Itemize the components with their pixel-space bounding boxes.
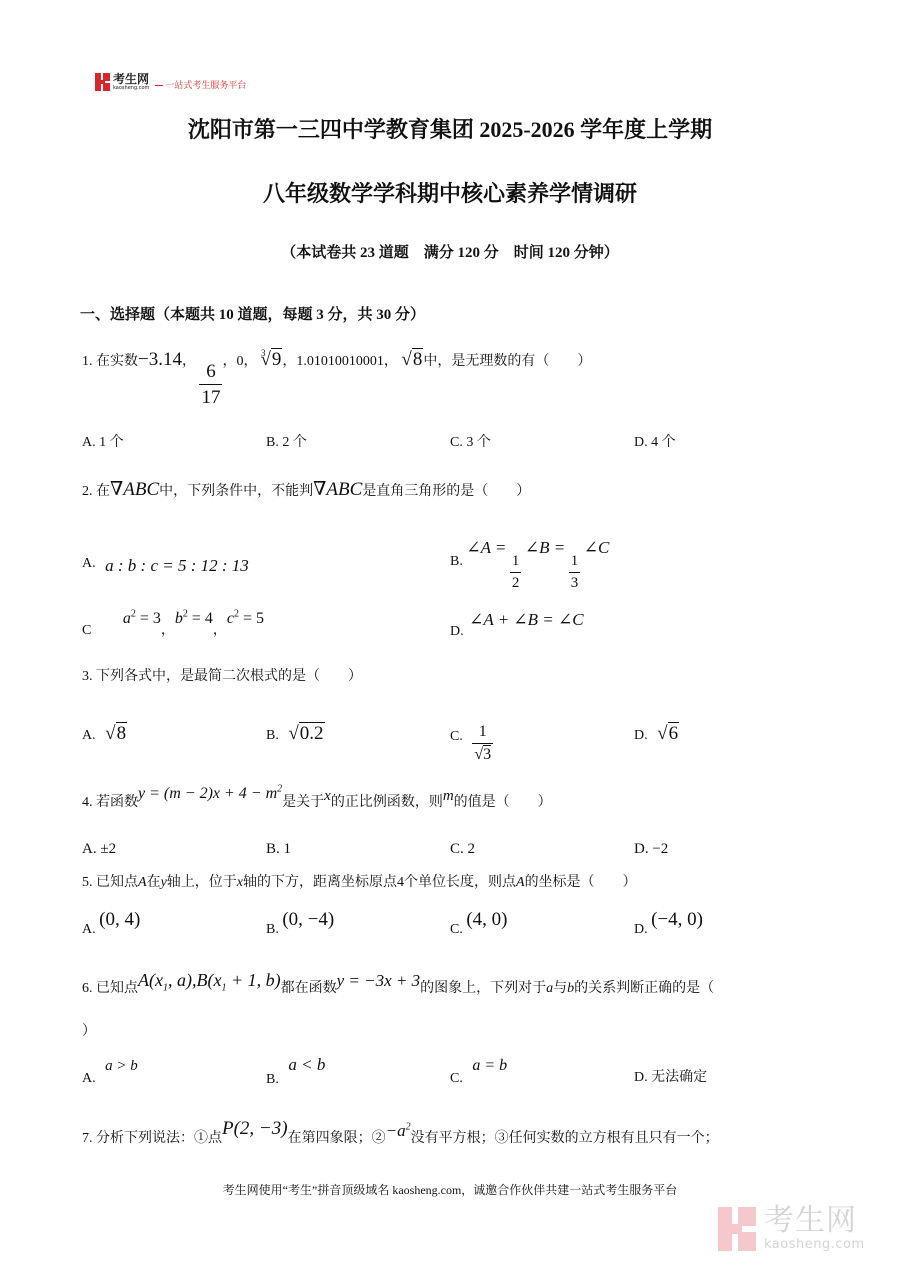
- q5-option-a[interactable]: A. (0, 4): [82, 918, 140, 940]
- q5-option-d[interactable]: D. (−4, 0): [634, 918, 703, 940]
- var-x: x: [324, 788, 331, 804]
- point-a: A: [516, 875, 525, 890]
- option-value: ∠A + ∠B = ∠C: [469, 610, 583, 629]
- question-text: 个单位长度，则点: [404, 875, 516, 890]
- option-value: ∠C: [584, 538, 610, 557]
- q1-option-d[interactable]: D. 4 个: [634, 433, 676, 453]
- option-label: A.: [82, 1071, 96, 1086]
- question-2: 2. 在∇ABC中，下列条件中，不能判∇ABC是直角三角形的是（ ）: [82, 480, 530, 502]
- question-text: 是直角三角形的是（ ）: [362, 484, 530, 499]
- value: = 3: [136, 610, 161, 627]
- q3-option-b[interactable]: B. √0.2: [266, 724, 325, 746]
- option-value: a > b: [105, 1058, 138, 1074]
- var-b: b: [175, 610, 183, 627]
- fraction: 6 17: [199, 362, 222, 407]
- kaosheng-watermark-icon: [718, 1207, 756, 1251]
- question-number: 2.: [82, 484, 93, 499]
- root-index: 3: [261, 348, 266, 358]
- question-text: 是关于: [282, 795, 324, 810]
- question-text: 在实数: [96, 354, 138, 369]
- square-root: √8: [105, 724, 127, 744]
- question-text: 在: [96, 484, 110, 499]
- question-4: 4. 若函数y = (m − 2)x + 4 − m2是关于x的正比例函数，则m…: [82, 792, 552, 813]
- numerator: 1: [569, 554, 581, 572]
- footer-text: 考生网使用“考生”拼音顶级域名 kaosheng.com，诚邀合作伙伴共建一站式…: [0, 1181, 900, 1198]
- fraction: 12: [510, 554, 522, 591]
- point-b-rest: + 1, b): [226, 970, 280, 990]
- q6-option-b[interactable]: B. a < b: [266, 1068, 325, 1090]
- q2-option-c[interactable]: C a2 = 3，b2 = 4，c2 = 5: [82, 620, 264, 641]
- exam-subject-title: 八年级数学学科期中核心素养学情调研: [0, 177, 900, 208]
- q5-option-c[interactable]: C. (4, 0): [450, 918, 508, 940]
- option-value: (0, −4): [282, 909, 334, 930]
- option-value: c2 = 5: [227, 610, 264, 627]
- value: = 5: [239, 610, 264, 627]
- option-value: 无法确定: [651, 1070, 707, 1085]
- question-text: 与: [553, 981, 567, 996]
- option-value: (0, 4): [99, 909, 140, 930]
- cube-root: 3√9: [261, 350, 282, 372]
- q3-option-a[interactable]: A. √8: [82, 724, 127, 746]
- fraction: 13: [569, 554, 581, 591]
- question-number: 3.: [82, 669, 93, 684]
- option-label: A.: [82, 922, 96, 937]
- option-label: C: [82, 623, 91, 638]
- option-value: a < b: [288, 1055, 325, 1074]
- q6-option-c[interactable]: C. a = b: [450, 1068, 507, 1089]
- q1-option-a[interactable]: A. 1 个: [82, 433, 124, 453]
- option-value: b2 = 4: [175, 610, 213, 627]
- denominator: √3: [472, 743, 493, 763]
- function-expression: y = (m − 2)x + 4 − m2: [138, 785, 282, 802]
- numerator: 1: [477, 724, 489, 743]
- question-text: 轴的下方，距离坐标原点: [243, 875, 397, 890]
- option-value: a : b : c = 5 : 12 : 13: [105, 556, 249, 575]
- question-6: 6. 已知点A(x1, a),B(x1 + 1, b)都在函数y = −3x +…: [82, 976, 714, 999]
- question-6-close-paren: ）: [82, 1022, 96, 1042]
- var-m: m: [443, 788, 454, 804]
- question-text: 下列各式中，是最简二次根式的是（ ）: [96, 669, 362, 684]
- logo-slogan: 一站式考生服务平台: [155, 78, 246, 91]
- q4-option-b[interactable]: B. 1: [266, 839, 291, 859]
- option-label: D.: [634, 1070, 648, 1085]
- radicand: 0.2: [299, 722, 325, 744]
- value: = 4: [188, 610, 213, 627]
- option-label: A.: [82, 728, 96, 743]
- triangle-symbol: ∇ABC: [110, 479, 159, 500]
- separator: ，: [213, 623, 227, 638]
- logo-name: 考生网: [113, 73, 149, 85]
- neg-a-squared: −a2: [386, 1121, 411, 1140]
- question-text: 没有平方根；③任何实数的立方根有且只有一个；: [411, 1131, 719, 1146]
- q4-option-c[interactable]: C. 2: [450, 839, 475, 859]
- radicand: 8: [116, 722, 128, 744]
- math-value: −3.14: [138, 349, 182, 370]
- q3-option-d[interactable]: D. √6: [634, 724, 679, 746]
- radicand: 8: [412, 348, 424, 370]
- option-label: D.: [450, 624, 464, 639]
- square-root: √6: [657, 724, 679, 744]
- question-text: 分析下列说法：①点: [96, 1131, 222, 1146]
- question-text: 在: [147, 875, 161, 890]
- point-a: A: [138, 875, 147, 890]
- denominator: 17: [199, 384, 222, 407]
- expression: y = (m − 2)x + 4 − m: [138, 785, 277, 802]
- q2-option-d[interactable]: D. ∠A + ∠B = ∠C: [450, 620, 584, 642]
- header-logo: 考生网 kaosheng.com 一站式考生服务平台: [95, 72, 246, 91]
- distance-value: 4: [397, 875, 404, 890]
- triangle-symbol: ∇ABC: [313, 479, 362, 500]
- question-text: ，1.01010010001，: [282, 354, 398, 369]
- q6-option-d[interactable]: D. 无法确定: [634, 1068, 707, 1088]
- q6-option-a[interactable]: A. a > b: [82, 1068, 138, 1089]
- q1-option-c[interactable]: C. 3 个: [450, 433, 491, 453]
- option-label: B.: [450, 554, 463, 569]
- question-text: 的值是（ ）: [454, 795, 552, 810]
- question-text: 若函数: [96, 795, 138, 810]
- q4-option-a[interactable]: A. ±2: [82, 839, 116, 859]
- option-label: C.: [450, 729, 463, 744]
- option-label: D.: [634, 922, 648, 937]
- section-heading: 一、选择题（本题共 10 道题，每题 3 分，共 30 分）: [80, 303, 425, 324]
- expression: −a: [386, 1121, 406, 1140]
- option-label: A.: [82, 556, 96, 571]
- kaosheng-logo-icon: [95, 73, 110, 91]
- separator: ，: [182, 354, 196, 369]
- question-5: 5. 已知点A在y轴上，位于x轴的下方，距离坐标原点4个单位长度，则点A的坐标是…: [82, 873, 637, 893]
- question-text: ，0，: [222, 354, 257, 369]
- exam-info: （本试卷共 23 道题 满分 120 分 时间 120 分钟）: [0, 241, 900, 262]
- question-text: 中，是无理数的有（ ）: [423, 354, 591, 369]
- question-text: 的图象上，下列对于: [420, 981, 546, 996]
- question-number: 1.: [82, 354, 93, 369]
- question-text: 的坐标是（ ）: [525, 875, 637, 890]
- option-value: ∠A =: [466, 538, 506, 557]
- q4-option-d[interactable]: D. −2: [634, 839, 668, 859]
- point-expression: A(x1, a),B(x1 + 1, b): [138, 970, 281, 990]
- watermark-name: 考生网: [764, 1206, 865, 1236]
- point-p: P(2, −3): [222, 1118, 288, 1139]
- question-number: 7.: [82, 1131, 93, 1146]
- var-c: c: [227, 610, 234, 627]
- square-root: √8: [401, 350, 423, 370]
- question-number: 5.: [82, 875, 93, 890]
- radicand: 9: [271, 348, 283, 370]
- square-root: √0.2: [288, 724, 324, 744]
- numerator: 1: [510, 554, 522, 572]
- numerator: 6: [204, 362, 218, 384]
- question-text: 都在函数: [281, 981, 337, 996]
- point-a-rest: , a),: [168, 970, 197, 990]
- question-text: 在第四象限；②: [288, 1131, 386, 1146]
- question-3: 3. 下列各式中，是最简二次根式的是（ ）: [82, 667, 362, 687]
- option-value: (−4, 0): [651, 909, 703, 930]
- question-7: 7. 分析下列说法：①点P(2, −3)在第四象限；②−a2没有平方根；③任何实…: [82, 1127, 719, 1149]
- q1-option-b[interactable]: B. 2 个: [266, 433, 307, 453]
- question-text: 的关系判断正确的是（: [574, 981, 714, 996]
- question-text: 已知点: [96, 981, 138, 996]
- function-expression: y = −3x + 3: [337, 971, 421, 990]
- radicand: 6: [668, 722, 680, 744]
- exponent: 2: [277, 784, 282, 795]
- option-label: B.: [266, 922, 279, 937]
- question-text: 的正比例函数，则: [331, 795, 443, 810]
- option-label: D.: [634, 728, 648, 743]
- question-number: 6.: [82, 981, 93, 996]
- question-text: 中，下列条件中，不能判: [159, 484, 313, 499]
- question-1: 1. 在实数−3.14， 6 17 ，0， 3√9，1.01010010001，…: [82, 350, 591, 407]
- denominator: 3: [569, 572, 581, 591]
- q2-option-b[interactable]: B. ∠A = 12 ∠B = 13 ∠C: [450, 538, 609, 591]
- option-label: C.: [450, 922, 463, 937]
- option-label: B.: [266, 1072, 279, 1087]
- radicand: 3: [483, 745, 491, 763]
- denominator: 2: [510, 572, 522, 591]
- option-value: (4, 0): [466, 909, 507, 930]
- exponent: 2: [406, 1121, 411, 1132]
- separator: ，: [161, 623, 175, 638]
- option-value: ∠B =: [525, 538, 565, 557]
- option-label: C.: [450, 1071, 463, 1086]
- watermark: 考生网 kaosheng.com: [718, 1206, 865, 1251]
- point-a: A(x: [138, 970, 163, 990]
- option-value: a = b: [472, 1057, 507, 1074]
- point-b: B(x: [196, 970, 221, 990]
- option-label: B.: [266, 728, 279, 743]
- exam-title: 沈阳市第一三四中学教育集团 2025-2026 学年度上学期: [0, 113, 900, 144]
- logo-domain: kaosheng.com: [113, 86, 149, 91]
- q3-option-c[interactable]: C. 1 √3: [450, 724, 493, 763]
- question-text: 已知点: [96, 875, 138, 890]
- var-a: a: [123, 610, 131, 627]
- q5-option-b[interactable]: B. (0, −4): [266, 918, 334, 940]
- question-number: 4.: [82, 795, 93, 810]
- question-text: 轴上，位于: [167, 875, 237, 890]
- option-value: a2 = 3: [123, 610, 161, 627]
- fraction: 1 √3: [472, 724, 493, 763]
- watermark-domain: kaosheng.com: [764, 1238, 865, 1251]
- q2-option-a[interactable]: A. a : b : c = 5 : 12 : 13: [82, 552, 249, 574]
